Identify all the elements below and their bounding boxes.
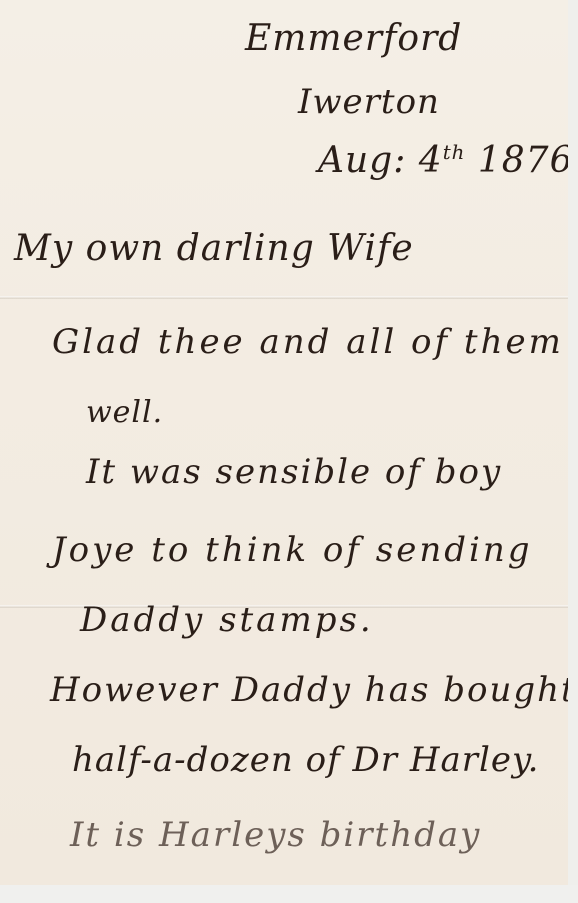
salutation: My own darling Wife bbox=[14, 228, 414, 269]
address-line-2: Iwerton bbox=[298, 82, 440, 122]
scan-border bbox=[0, 885, 578, 903]
body-line: well. bbox=[86, 395, 163, 430]
body-line: Joye to think of sending bbox=[52, 530, 533, 570]
body-line: It was sensible of boy bbox=[86, 452, 502, 492]
body-line: Glad thee and all of them bbox=[52, 322, 564, 362]
body-line: half-a-dozen of Dr Harley. bbox=[72, 740, 540, 780]
body-line: It is Harleys birthday bbox=[70, 815, 481, 855]
date-day: Aug: 4 bbox=[318, 140, 443, 181]
body-line: Daddy stamps. bbox=[80, 600, 374, 640]
letter-page: Emmerford Iwerton Aug: 4th 1876 My own d… bbox=[0, 0, 568, 885]
body-line: However Daddy has bought bbox=[50, 670, 568, 710]
address-line-1: Emmerford bbox=[245, 18, 462, 59]
date-ordinal: th bbox=[443, 141, 466, 164]
paper-fold bbox=[0, 296, 568, 299]
date-year: 1876 bbox=[478, 140, 568, 181]
letter-date: Aug: 4th 1876 bbox=[318, 140, 568, 181]
scan-border bbox=[568, 0, 578, 903]
